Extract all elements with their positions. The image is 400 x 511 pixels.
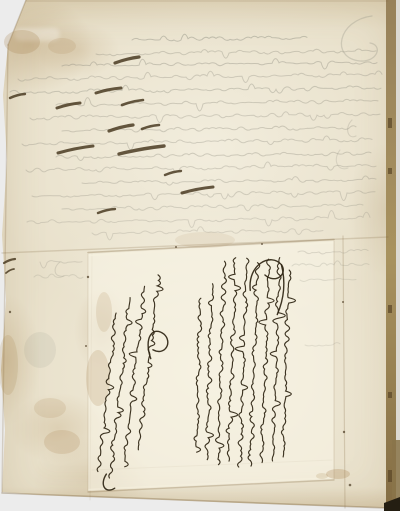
scan-background [0, 0, 400, 511]
adjacent-page-edge [386, 0, 400, 511]
manuscript-artwork [0, 0, 400, 511]
